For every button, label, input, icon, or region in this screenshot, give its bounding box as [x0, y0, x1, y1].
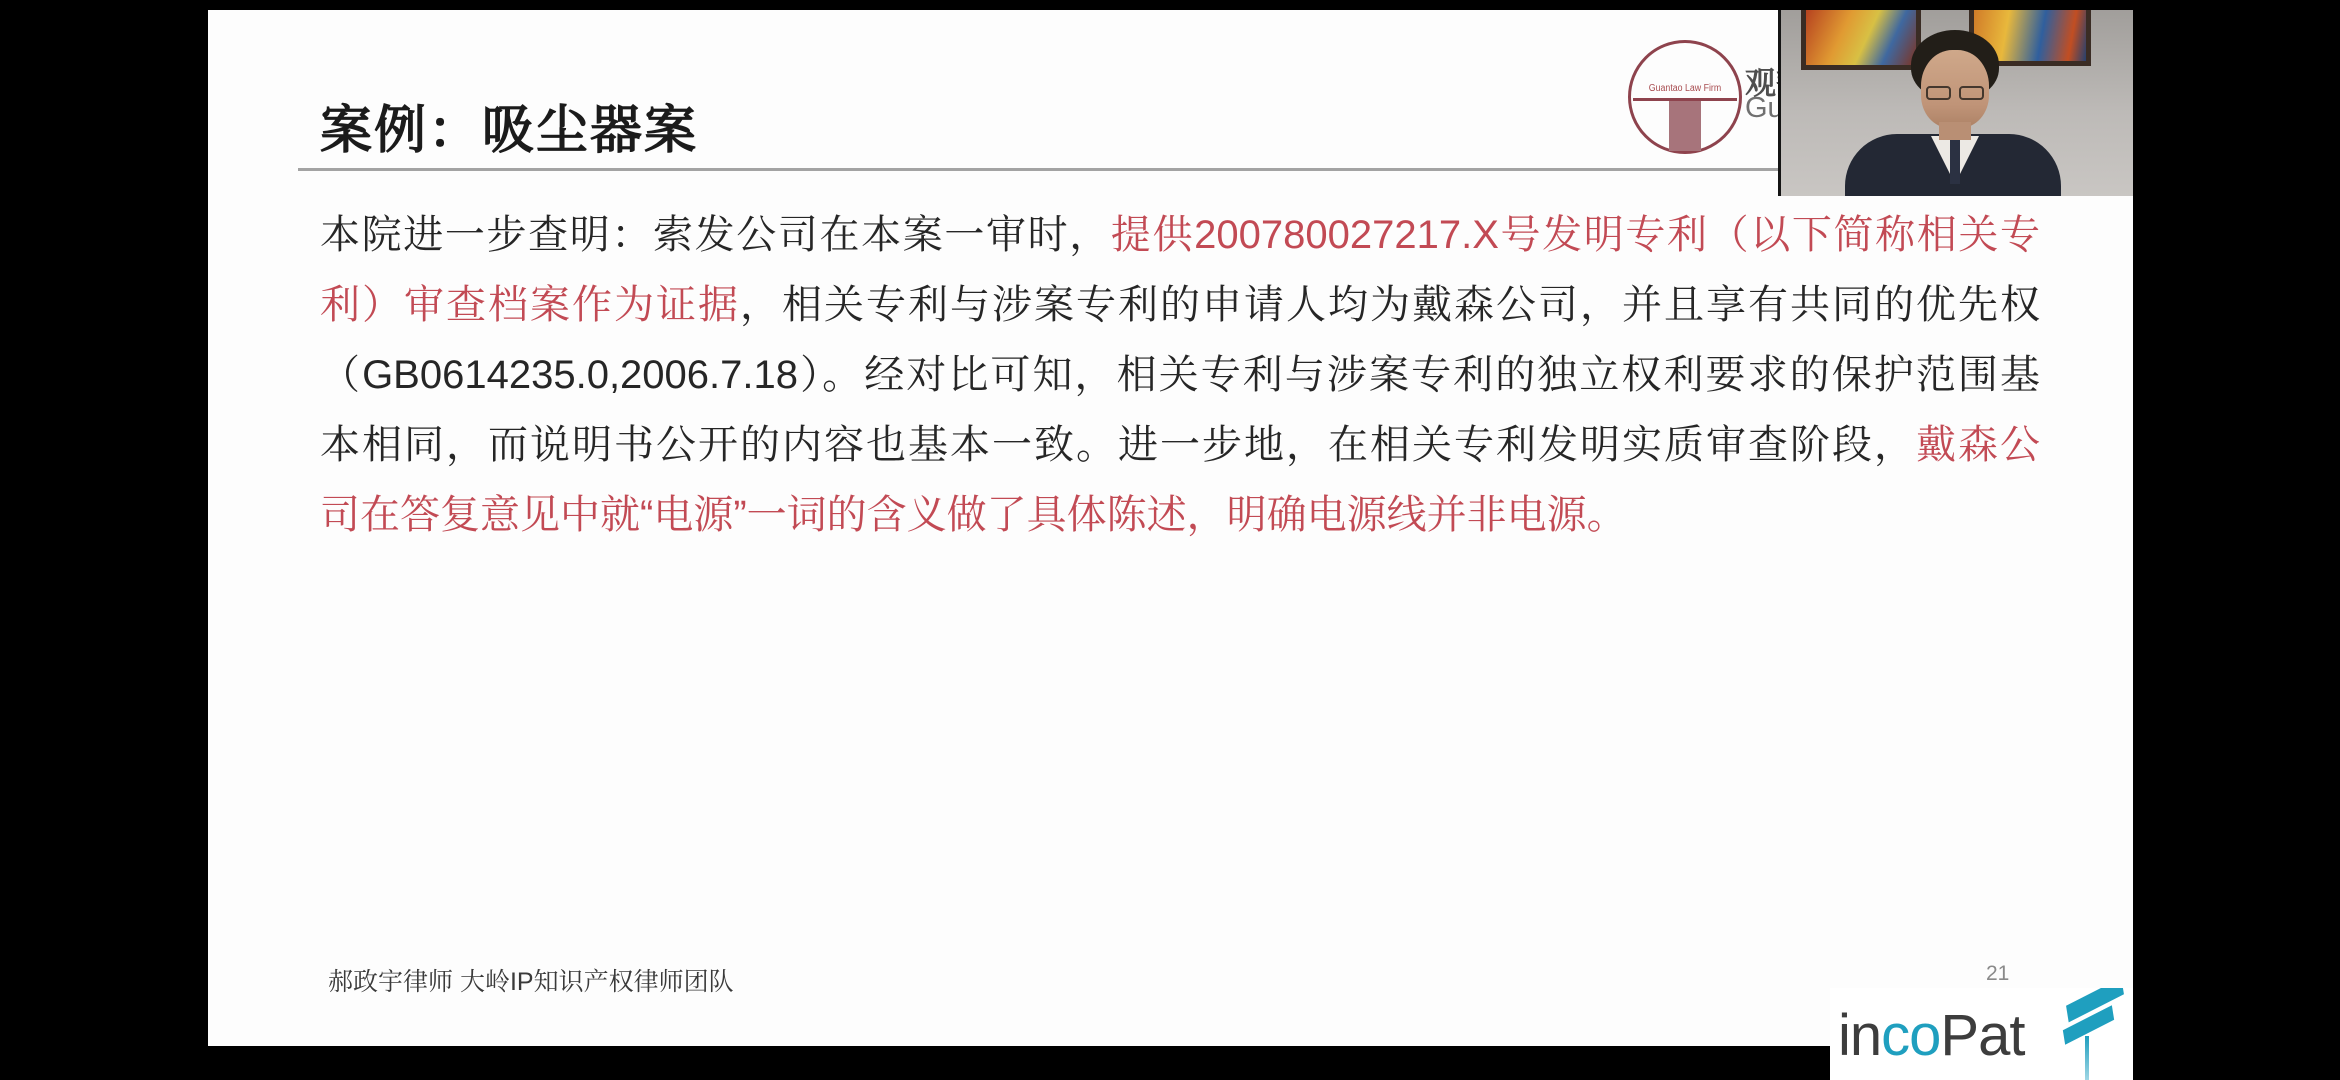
incopat-flag-stem [2085, 1036, 2089, 1080]
text-segment: 戴森公 [1916, 423, 2040, 467]
text-segment: 提供200780027217.X号发明专利（以下简称相关专 [1111, 213, 2040, 257]
presenter-neck [1939, 122, 1971, 140]
video-frame: 案例：吸尘器案 本院进一步查明：索发公司在本案一审时，提供20078002721… [0, 0, 2340, 1080]
glasses-icon [1924, 86, 1986, 102]
slide-title: 案例：吸尘器案 [320, 88, 698, 163]
page-number: 21 [1986, 962, 2009, 986]
body-line: 利）审查档案作为证据，相关专利与涉案专利的申请人均为戴森公司，并且享有共同的优先… [320, 270, 2040, 340]
wall-painting-left [1801, 10, 1921, 70]
body-line: （GB0614235.0,2006.7.18）。经对比可知，相关专利与涉案专利的… [320, 340, 2040, 410]
incopat-wordmark: incoPat [1838, 1002, 2024, 1069]
guantao-pillar [1669, 101, 1701, 151]
body-paragraph: 本院进一步查明：索发公司在本案一审时，提供200780027217.X号发明专利… [320, 200, 2040, 550]
text-segment: 司在答复意见中就“电源”一词的含义做了具体陈述，明确电源线并非电源。 [320, 493, 1627, 537]
text-segment: 本相同，而说明书公开的内容也基本一致。进一步地，在相关专利发明实质审查阶段， [320, 423, 1916, 467]
presenter-webcam-tile [1778, 10, 2133, 196]
text-segment: 本院进一步查明：索发公司在本案一审时， [320, 213, 1111, 257]
text-segment: （GB0614235.0,2006.7.18）。经对比可知，相关专利与涉案专利的… [320, 353, 2040, 397]
guantao-circle-icon: Guantao Law Firm [1628, 40, 1742, 154]
footer-credit: 郝政宇律师 大岭IP知识产权律师团队 [328, 962, 734, 998]
guantao-circle-text: Guantao Law Firm [1637, 83, 1732, 94]
text-segment: ，相关专利与涉案专利的申请人均为戴森公司，并且享有共同的优先权 [740, 283, 2040, 327]
text-segment: 利）审查档案作为证据 [320, 283, 740, 327]
body-line: 本院进一步查明：索发公司在本案一审时，提供200780027217.X号发明专利… [320, 200, 2040, 270]
incopat-logo: incoPat [1830, 988, 2133, 1080]
body-line: 司在答复意见中就“电源”一词的含义做了具体陈述，明确电源线并非电源。 [320, 480, 2040, 550]
presenter-tie [1950, 138, 1960, 184]
body-line: 本相同，而说明书公开的内容也基本一致。进一步地，在相关专利发明实质审查阶段，戴森… [320, 410, 2040, 480]
